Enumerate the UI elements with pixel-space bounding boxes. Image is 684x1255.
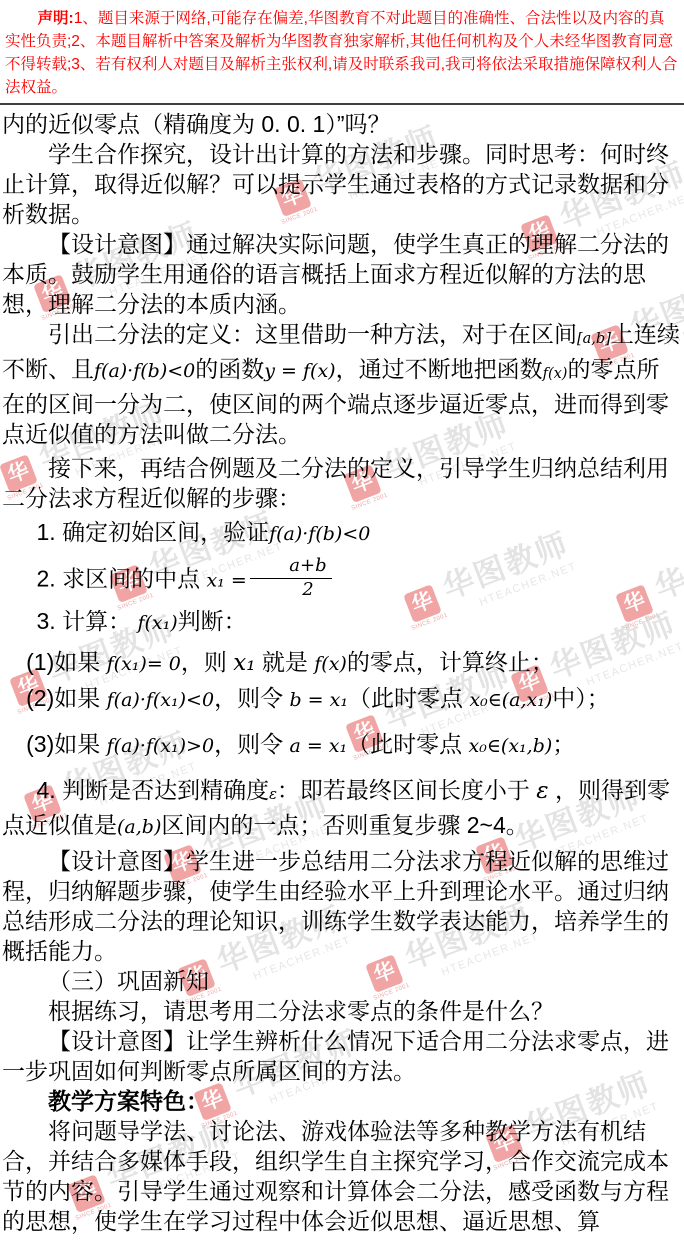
math-run: f(a)·f(b)<0 [269,523,370,545]
paragraph: (1)如果 f(x₁)= 0，则 x₁ 就是 f(x)的零点，计算终止； [2,647,682,679]
paragraph: 3. 计算： f(x₁)判断： [2,606,682,638]
document-content: 声明:1、题目来源于网络,可能存在偏差,华图教育不对此题目的准确性、合法性以及内… [0,0,684,1236]
disclaimer-text: 1、题目来源于网络,可能存在偏差,华图教育不对此题目的准确性、合法性以及内容的真… [5,10,678,96]
page: 华SINCE 2001华图教师HTEACHER.NET华SINCE 2001华图… [0,0,684,1255]
math-run: y = f(x) [264,360,335,382]
math-run: b = x₁ [289,689,348,711]
paragraph: 【设计意图】通过解决实际问题，使学生真正的理解二分法的本质。鼓励学生用通俗的语言… [2,229,682,319]
paragraph: （三）巩固新知 [2,966,682,996]
paragraph: 4. 判断是否达到精确度ε：即若最终区间长度小于 ε ，则得到零点近似值是(a,… [2,775,682,842]
text-run: ； [552,731,575,757]
math-run: f(a)·f(x₁)<0 [107,689,214,711]
text-run: （此时零点 [347,731,468,757]
math-run: ε [536,778,548,804]
math-run: f(x) [543,366,568,382]
text-run: 【设计意图】学生进一步总结用二分法求方程近似解的思维过程，归纳解题步骤，使学生由… [2,848,669,964]
text-run: 2. 求区间的中点 [37,565,207,591]
math-run: [a,b] [577,331,611,347]
text-run: (2)如果 [26,685,107,711]
text-run: (3)如果 [26,731,107,757]
text-run: 就是 [255,649,314,675]
paragraph: 2. 求区间的中点 x₁ =a+b2 [2,558,682,602]
paragraph: 教学方案特色： [2,1086,682,1116]
disclaimer-label: 声明: [38,10,74,27]
text-run: ，通过不断地把函数 [336,356,543,382]
paragraph: 学生合作探究，设计出计算的方法和步骤。同时思考：何时终止计算，取得近似解？可以提… [2,139,682,229]
math-run: f(a)·f(x₁)>0 [107,735,214,757]
text-run: 将问题导学法、讨论法、游戏体验法等多种教学方法有机结合，并结合多媒体手段，组织学… [2,1118,669,1234]
paragraph: 1. 确定初始区间，验证f(a)·f(b)<0 [2,517,682,549]
text-run: 【设计意图】通过解决实际问题，使学生真正的理解二分法的本质。鼓励学生用通俗的语言… [2,231,669,317]
math-run: (a,b) [117,816,161,838]
paragraph: (2)如果 f(a)·f(x₁)<0，则令 b = x₁（此时零点 x₀∈(a,… [2,683,682,715]
math-run: f(x) [314,653,347,675]
paragraph: 【设计意图】学生进一步总结用二分法求方程近似解的思维过程，归纳解题步骤，使学生由… [2,846,682,966]
text-run: 3. 计算： [37,608,138,634]
math-run: x₁ = [206,569,246,591]
paragraph: 接下来，再结合例题及二分法的定义，引导学生归纳总结利用二分法求方程近似解的步骤： [2,453,682,513]
paragraph: 引出二分法的定义：这里借助一种方法，对于在区间[a,b]上连续不断、且f(a)·… [2,319,682,449]
text-run: ，则 [181,649,233,675]
text-run: 教学方案特色： [48,1088,209,1114]
text-run: 1. 确定初始区间，验证 [37,519,270,545]
fraction: a+b2 [250,556,332,600]
text-run: 判断： [178,608,247,634]
text-run: ，则令 [214,685,289,711]
text-run: 引出二分法的定义：这里借助一种方法，对于在区间 [48,321,577,347]
text-run: ，则令 [214,731,289,757]
disclaimer: 声明:1、题目来源于网络,可能存在偏差,华图教育不对此题目的准确性、合法性以及内… [0,0,684,101]
paragraph: 将问题导学法、讨论法、游戏体验法等多种教学方法有机结合，并结合多媒体手段，组织学… [2,1116,682,1236]
math-run: a = x₁ [289,735,347,757]
paragraph: (3)如果 f(a)·f(x₁)>0，则令 a = x₁（此时零点 x₀∈(x₁… [2,729,682,761]
math-run: ε [269,787,277,803]
document-body: 内的近似零点（精确度为 0. 0. 1）”吗？学生合作探究，设计出计算的方法和步… [0,105,684,1236]
text-run: （此时零点 [348,685,469,711]
math-run: f(x₁) [137,612,177,634]
text-run: 接下来，再结合例题及二分法的定义，引导学生归纳总结利用二分法求方程近似解的步骤： [2,455,669,511]
math-run: f(x₁)= 0 [107,653,181,675]
text-run: 的零点，计算终止； [347,649,554,675]
math-run: x₀∈(a,x₁) [469,689,552,711]
text-run: 4. 判断是否达到精确度 [37,777,270,803]
paragraph: 【设计意图】让学生辨析什么情况下适合用二分法求零点，进一步巩固如何判断零点所属区… [2,1026,682,1086]
math-run: f(a)·f(b)<0 [94,360,195,382]
text-run: (1)如果 [26,649,107,675]
math-run: x₁ [233,650,255,676]
text-run: 根据练习，请思考用二分法求零点的条件是什么？ [48,998,554,1024]
text-run: （三）巩固新知 [48,968,209,994]
text-run: 内的近似零点（精确度为 0. 0. 1）”吗？ [2,111,390,137]
text-run: ：即若最终区间长度小于 [277,777,536,803]
text-run: 【设计意图】让学生辨析什么情况下适合用二分法求零点，进一步巩固如何判断零点所属区… [2,1028,669,1084]
text-run: 中）； [552,685,610,711]
paragraph: 内的近似零点（精确度为 0. 0. 1）”吗？ [2,109,682,139]
math-run: x₀∈(x₁,b) [469,735,553,757]
text-run: 的函数 [195,356,264,382]
paragraph: 根据练习，请思考用二分法求零点的条件是什么？ [2,996,682,1026]
text-run: 区间内的一点；否则重复步骤 2~4。 [161,812,528,838]
text-run: 学生合作探究，设计出计算的方法和步骤。同时思考：何时终止计算，取得近似解？可以提… [2,141,669,227]
